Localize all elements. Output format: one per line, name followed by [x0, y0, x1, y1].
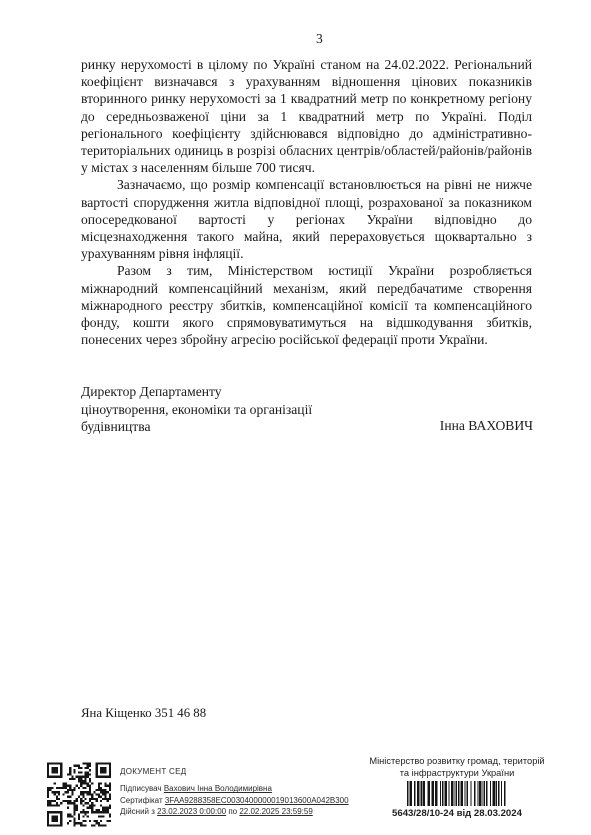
sed-signer-label: Підписувач — [120, 784, 162, 793]
document-page: 3 ринку нерухомості в цілому по Україні … — [0, 0, 591, 835]
sed-validity-row: Дійсний з 23.02.2023 0:00:00 по 22.02.20… — [120, 806, 350, 817]
sed-valid-label: Дійсний з — [120, 807, 155, 816]
stamp-registration-number: 5643/28/10-24 від 28.03.2024 — [363, 808, 551, 820]
qr-code — [47, 762, 111, 827]
letter-body: ринку нерухомості в цілому по Україні ст… — [81, 56, 532, 348]
sed-block: ДОКУМЕНТ СЕД Підписувач Вахович Інна Вол… — [120, 766, 350, 818]
sed-signer-row: Підписувач Вахович Інна Володимирівна — [120, 783, 350, 794]
stamp-org-line: Міністерство розвитку громад, територій — [363, 756, 551, 768]
sed-cert-value: 3FAA9288358EC0030400000019013600A042B300 — [165, 796, 349, 805]
sed-cert-row: Сертифікат 3FAA9288358EC0030400000019013… — [120, 795, 350, 806]
sed-valid-to: 22.02.2025 23:59:59 — [239, 807, 312, 816]
signer-name: Інна ВАХОВИЧ — [440, 417, 533, 435]
paragraph: Зазначаємо, що розмір компенсації встано… — [81, 176, 532, 262]
paragraph: Разом з тим, Міністерством юстиції Украї… — [81, 262, 532, 348]
page-number: 3 — [316, 31, 323, 47]
sed-valid-sep: по — [228, 807, 237, 816]
ministry-stamp: Міністерство розвитку громад, територій … — [363, 756, 551, 820]
signature-block: Директор Департаменту ціноутворення, еко… — [81, 383, 533, 436]
paragraph: ринку нерухомості в цілому по Україні ст… — [81, 56, 532, 176]
sed-signer-value: Вахович Інна Володимирівна — [164, 784, 272, 793]
contact-phone: Яна Кіщенко 351 46 88 — [81, 706, 206, 721]
sed-valid-from: 23.02.2023 0:00:00 — [157, 807, 226, 816]
sed-cert-label: Сертифікат — [120, 796, 163, 805]
signer-position-line: Директор Департаменту — [81, 383, 533, 401]
stamp-org-line: та інфраструктури України — [363, 768, 551, 780]
sed-title: ДОКУМЕНТ СЕД — [120, 766, 350, 777]
signer-position-line: ціноутворення, економіки та організації — [81, 401, 533, 419]
barcode — [407, 781, 508, 806]
